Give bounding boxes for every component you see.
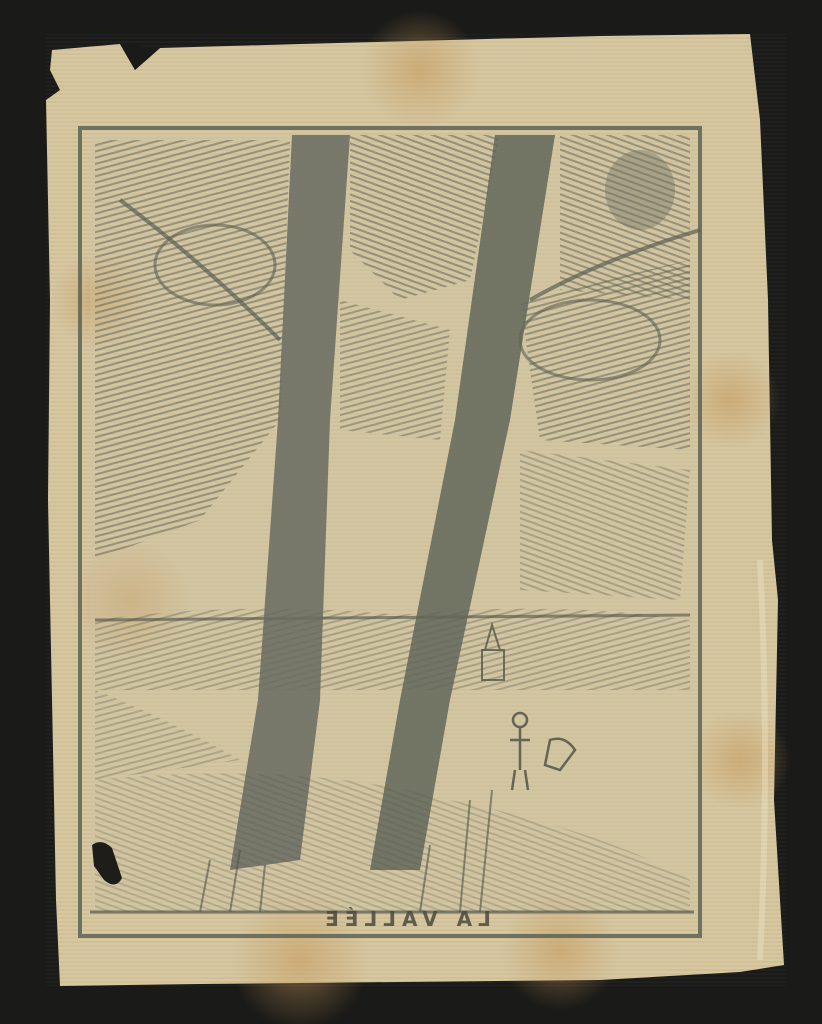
horizon-hills	[95, 609, 690, 690]
caption-la-vallee: LA VALLÉE	[290, 904, 520, 934]
artwork-scan	[0, 0, 822, 1024]
